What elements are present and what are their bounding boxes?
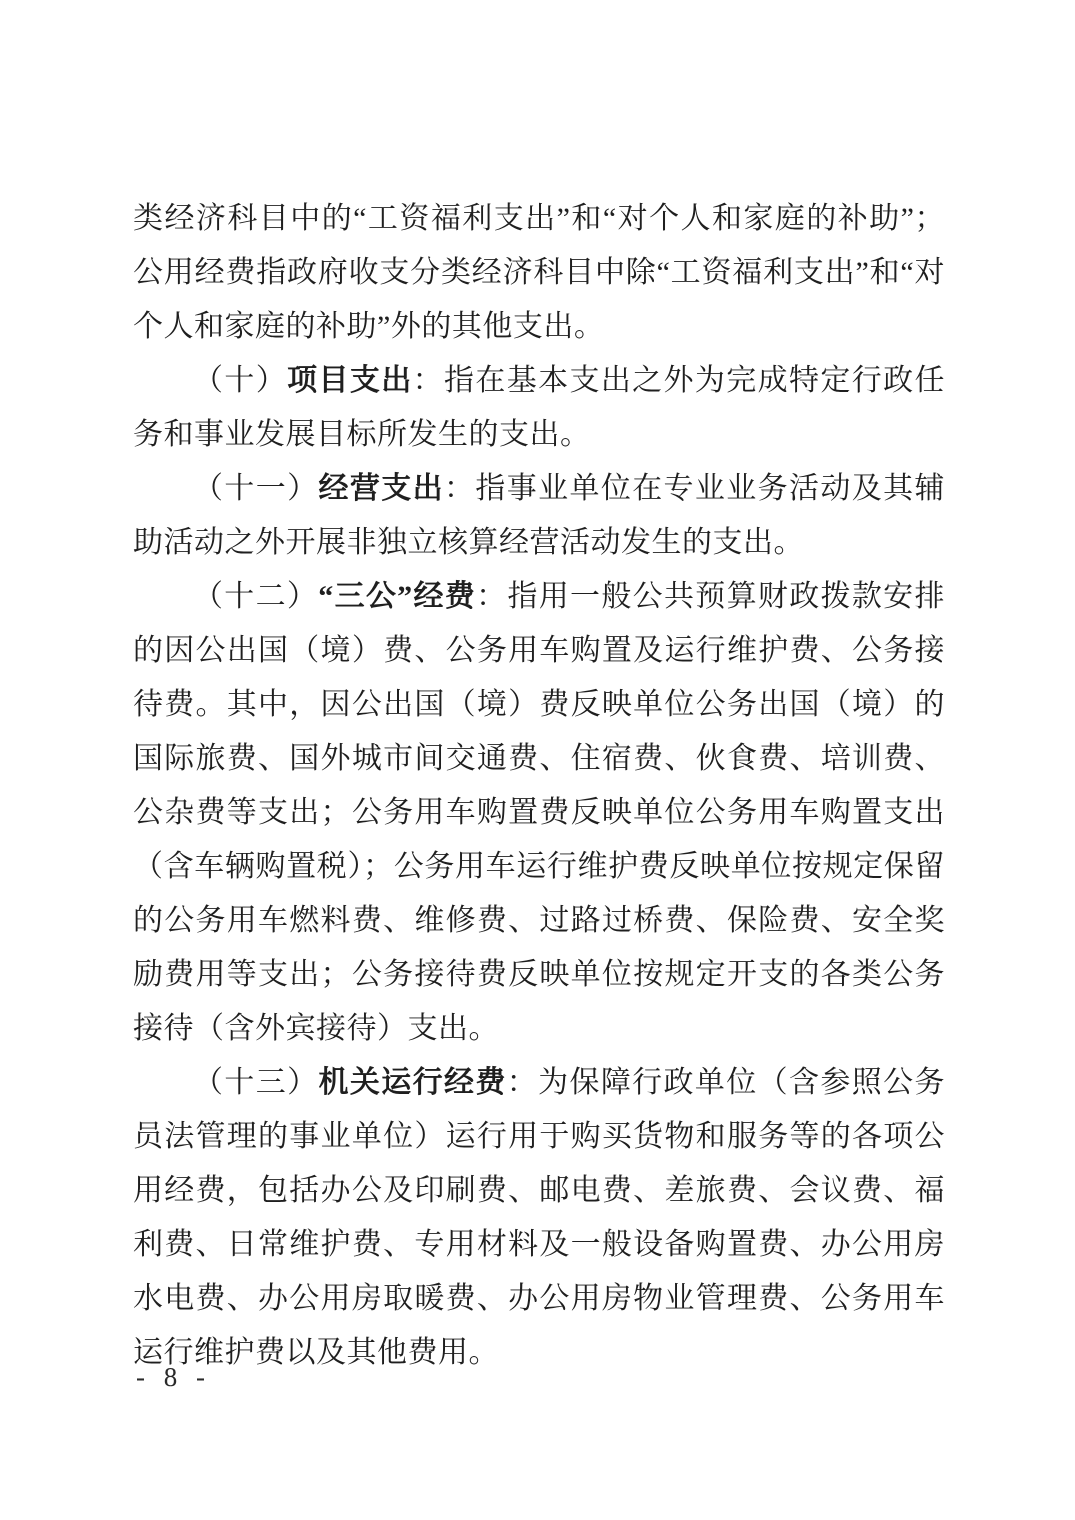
clause-colon: ：: [476, 580, 507, 613]
document-page: 类经济科目中的“工资福利支出”和“对个人和家庭的补助”；公用经费指政府收支分类经…: [0, 0, 1075, 1520]
page-number: - 8 -: [136, 1362, 211, 1393]
paragraph-body: 为保障行政单位（含参照公务员法管理的事业单位）运行用于购买货物和服务等的各项公用…: [133, 1066, 945, 1369]
clause-number: （十）: [193, 364, 287, 397]
clause-colon: ：: [507, 1066, 538, 1099]
paragraph-clause-10: （十）项目支出：指在基本支出之外为完成特定行政任务和事业发展目标所发生的支出。: [133, 354, 945, 462]
clause-number: （十三）: [193, 1066, 318, 1099]
clause-number: （十一）: [193, 472, 318, 505]
clause-term: “三公”经费: [318, 580, 476, 613]
clause-term: 经营支出: [318, 472, 443, 505]
paragraph-body: 指用一般公共预算财政拨款安排的因公出国（境）费、公务用车购置及运行维护费、公务接…: [133, 580, 945, 1045]
paragraph-clause-12: （十二）“三公”经费：指用一般公共预算财政拨款安排的因公出国（境）费、公务用车购…: [133, 570, 945, 1056]
paragraph-continuation: 类经济科目中的“工资福利支出”和“对个人和家庭的补助”；公用经费指政府收支分类经…: [133, 192, 945, 354]
paragraph-clause-13: （十三）机关运行经费：为保障行政单位（含参照公务员法管理的事业单位）运行用于购买…: [133, 1056, 945, 1380]
clause-term: 项目支出: [287, 364, 412, 397]
clause-number: （十二）: [193, 580, 318, 613]
paragraph-body: 类经济科目中的“工资福利支出”和“对个人和家庭的补助”；公用经费指政府收支分类经…: [133, 202, 945, 343]
clause-colon: ：: [413, 364, 444, 397]
clause-colon: ：: [444, 472, 475, 505]
paragraph-clause-11: （十一）经营支出：指事业单位在专业业务活动及其辅助活动之外开展非独立核算经营活动…: [133, 462, 945, 570]
clause-term: 机关运行经费: [318, 1066, 506, 1099]
document-text-block: 类经济科目中的“工资福利支出”和“对个人和家庭的补助”；公用经费指政府收支分类经…: [133, 192, 945, 1380]
